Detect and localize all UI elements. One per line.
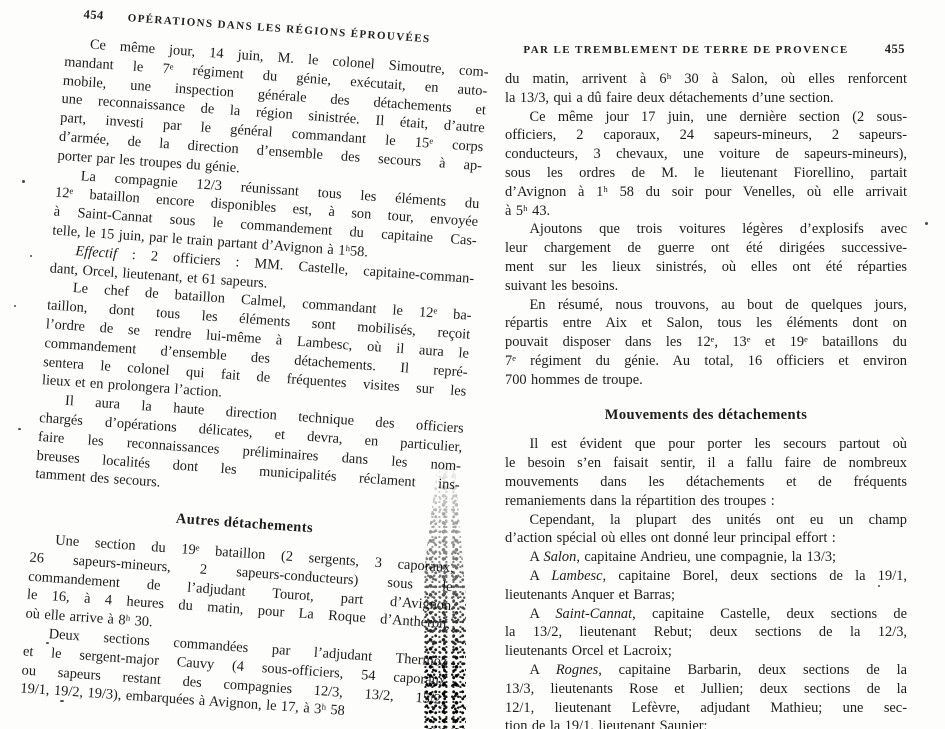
text-line: remaniements dans la répartition des tro… xyxy=(505,492,907,511)
text-segment: sous les ordres de M. le lieutenant Fior… xyxy=(505,165,907,181)
text-segment: remaniements dans la répartition des tro… xyxy=(505,493,775,509)
text-segment: la 13/3, qui a dû faire deux détachement… xyxy=(505,90,834,106)
text-line: lieutenants Orcel et Lacroix; xyxy=(505,642,907,661)
text-segment: d’action spécial où elles ont donné leur… xyxy=(505,530,836,546)
text-segment: suivant les besoins. xyxy=(505,278,618,294)
text-line: A Rognes, capitaine Barbarin, deux secti… xyxy=(505,661,907,680)
right-running-header: PAR LE TREMBLEMENT DE TERRE DE PROVENCE … xyxy=(505,44,907,62)
text-segment: En résumé, nous trouvons, au bout de que… xyxy=(529,297,907,313)
text-line: la 13/2, lieutenant Rebut; deux sections… xyxy=(505,623,907,642)
scan-speck xyxy=(22,180,25,183)
text-line: A Saint-Cannat, capitaine Castelle, deux… xyxy=(505,605,907,624)
text-segment: répartis entre Aix et Salon, tous les él… xyxy=(505,315,907,331)
text-line: ment sur les lieux sinistrés, où elles o… xyxy=(505,258,907,277)
scan-speck xyxy=(878,585,880,587)
text-segment: lieutenants Orcel et Lacroix; xyxy=(505,643,672,659)
scan-speck xyxy=(46,642,49,644)
text-segment: conducteurs, 3 chevaux, une voiture de s… xyxy=(505,146,907,162)
text-segment: 7ᵉ régiment du génie. Au total, 16 offic… xyxy=(505,353,907,369)
italic-text: Effectif xyxy=(75,243,118,262)
text-line: lieutenants Anquer et Barras; xyxy=(505,586,907,605)
section-heading: Mouvements des détachements xyxy=(505,406,907,425)
text-segment: leur chargement de guerre ont été dirigé… xyxy=(505,240,907,256)
text-line: sous les ordres de M. le lieutenant Fior… xyxy=(505,164,907,183)
text-line: En résumé, nous trouvons, au bout de que… xyxy=(505,296,907,315)
text-line: Ce même jour 17 juin, une dernière secti… xyxy=(505,108,907,127)
text-segment: lieutenants Anquer et Barras; xyxy=(505,587,675,603)
left-page: 454 OPÉRATIONS DANS LES RÉGIONS ÉPROUVÉE… xyxy=(20,8,491,728)
text-line: A Salon, capitaine Andrieu, une compagni… xyxy=(505,548,907,567)
text-line: conducteurs, 3 chevaux, une voiture de s… xyxy=(505,145,907,164)
text-line: officiers, 2 caporaux, 24 sapeurs-mineur… xyxy=(505,126,907,145)
text-segment: , capitaine Barbarin, deux sections de l… xyxy=(598,662,907,678)
text-segment: du matin, arrivent à 6ʰ 30 à Salon, où e… xyxy=(505,71,907,87)
text-line: leur chargement de guerre ont été dirigé… xyxy=(505,239,907,258)
text-line: répartis entre Aix et Salon, tous les él… xyxy=(505,314,907,333)
text-line: à 5ʰ 43. xyxy=(505,202,907,221)
text-line: Ajoutons que trois voitures légères d’ex… xyxy=(505,220,907,239)
text-segment: officiers, 2 caporaux, 24 sapeurs-mineur… xyxy=(505,127,907,143)
right-page-body: du matin, arrivent à 6ʰ 30 à Salon, où e… xyxy=(505,70,907,729)
text-segment: 12/1, lieutenant Lefèvre, adjudant Mathi… xyxy=(505,700,907,716)
text-line: du matin, arrivent à 6ʰ 30 à Salon, où e… xyxy=(505,70,907,89)
text-line: Il est évident que pour porter les secou… xyxy=(505,435,907,454)
left-page-body: Ce même jour, 14 juin, M. le colonel Sim… xyxy=(20,34,489,728)
italic-text: Saint-Cannat xyxy=(555,606,632,622)
text-segment: Ce même jour 17 juin, une dernière secti… xyxy=(529,109,907,125)
text-line: Cependant, la plupart des unités ont eu … xyxy=(505,511,907,530)
text-segment: pouvait disposer dans les 12ᵉ, 13ᵉ et 19… xyxy=(505,334,907,350)
scan-speck xyxy=(925,222,928,225)
text-segment: Il est évident que pour porter les secou… xyxy=(529,436,907,452)
text-segment: le besoin s’en faisait sentir, il a fall… xyxy=(505,455,907,471)
text-line: suivant les besoins. xyxy=(505,277,907,296)
text-line: tion de la 19/1, lieutenant Saunier; xyxy=(505,717,907,729)
text-segment: Ajoutons que trois voitures légères d’ex… xyxy=(529,221,907,237)
text-line: la 13/3, qui a dû faire deux détachement… xyxy=(505,89,907,108)
text-line: pouvait disposer dans les 12ᵉ, 13ᵉ et 19… xyxy=(505,333,907,352)
text-segment: A xyxy=(529,662,555,678)
text-line: 7ᵉ régiment du génie. Au total, 16 offic… xyxy=(505,352,907,371)
text-segment: d’Avignon à 1ʰ 58 du soir pour Venelles,… xyxy=(505,184,907,200)
scan-speck xyxy=(18,428,21,430)
italic-text: Salon xyxy=(544,549,577,565)
text-segment: , capitaine Borel, deux sections de la 1… xyxy=(603,568,907,584)
text-segment: Cependant, la plupart des unités ont eu … xyxy=(529,512,907,528)
text-segment: à 5ʰ 43. xyxy=(505,203,550,219)
italic-text: Rognes xyxy=(556,662,598,678)
text-segment: A xyxy=(529,549,543,565)
text-line: d’Avignon à 1ʰ 58 du soir pour Venelles,… xyxy=(505,183,907,202)
text-segment: la 13/2, lieutenant Rebut; deux sections… xyxy=(505,624,907,640)
left-page-number: 454 xyxy=(83,7,104,23)
right-running-header-title: PAR LE TREMBLEMENT DE TERRE DE PROVENCE xyxy=(505,44,907,56)
right-page-number: 455 xyxy=(885,42,905,57)
text-segment: ment sur les lieux sinistrés, où elles o… xyxy=(505,259,907,275)
text-line: 700 hommes de troupe. xyxy=(505,371,907,390)
scan-speck xyxy=(14,305,16,307)
text-line: A Lambesc, capitaine Borel, deux section… xyxy=(505,567,907,586)
text-segment: , capitaine Andrieu, une compagnie, la 1… xyxy=(576,549,836,565)
scan-speck xyxy=(60,700,64,702)
text-segment: tion de la 19/1, lieutenant Saunier; xyxy=(505,718,708,729)
text-line: 13/3, lieutenants Rose et Jullien; deux … xyxy=(505,680,907,699)
text-segment: 700 hommes de troupe. xyxy=(505,372,643,388)
right-page: PAR LE TREMBLEMENT DE TERRE DE PROVENCE … xyxy=(505,44,907,729)
text-segment: 13/3, lieutenants Rose et Jullien; deux … xyxy=(505,681,907,697)
text-segment: A xyxy=(529,568,551,584)
text-line: 12/1, lieutenant Lefèvre, adjudant Mathi… xyxy=(505,699,907,718)
italic-text: Lambesc xyxy=(551,568,602,584)
text-segment: mouvements dans les détachements et de f… xyxy=(505,474,907,490)
text-segment: , capitaine Castelle, deux sections de xyxy=(632,606,907,622)
text-line: le besoin s’en faisait sentir, il a fall… xyxy=(505,454,907,473)
text-line: mouvements dans les détachements et de f… xyxy=(505,473,907,492)
scan-speck xyxy=(30,255,32,257)
text-line: d’action spécial où elles ont donné leur… xyxy=(505,529,907,548)
text-segment: A xyxy=(529,606,555,622)
